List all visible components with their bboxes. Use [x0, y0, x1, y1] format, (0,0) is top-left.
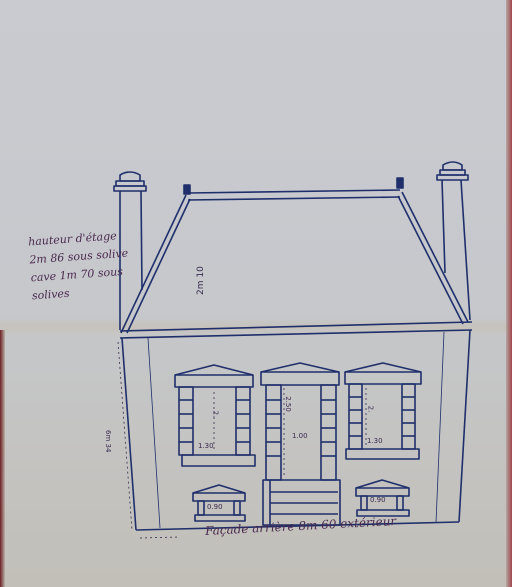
window-right-height-label: 2.	[366, 406, 374, 413]
window-right-width-label: 1.30	[367, 437, 383, 445]
door-height-label: 2.50	[284, 396, 292, 412]
facade-walls	[122, 330, 470, 530]
wall-height-label: 6m 34	[104, 430, 112, 452]
window-left-height-label: 2.	[211, 411, 219, 418]
floor-height-note: hauteur d'étage 2m 86 sous solive cave 1…	[28, 227, 132, 306]
right-chimney	[437, 162, 470, 320]
basement-window-right-width-label: 0.90	[370, 496, 386, 504]
window-left-width-label: 1.30	[198, 442, 214, 450]
roof-height-label: 2m 10	[196, 266, 206, 295]
door-center	[261, 363, 340, 525]
basement-window-left-width-label: 0.90	[207, 503, 223, 511]
roof	[120, 178, 472, 338]
window-right	[345, 363, 421, 459]
door-width-label: 1.00	[292, 432, 308, 440]
